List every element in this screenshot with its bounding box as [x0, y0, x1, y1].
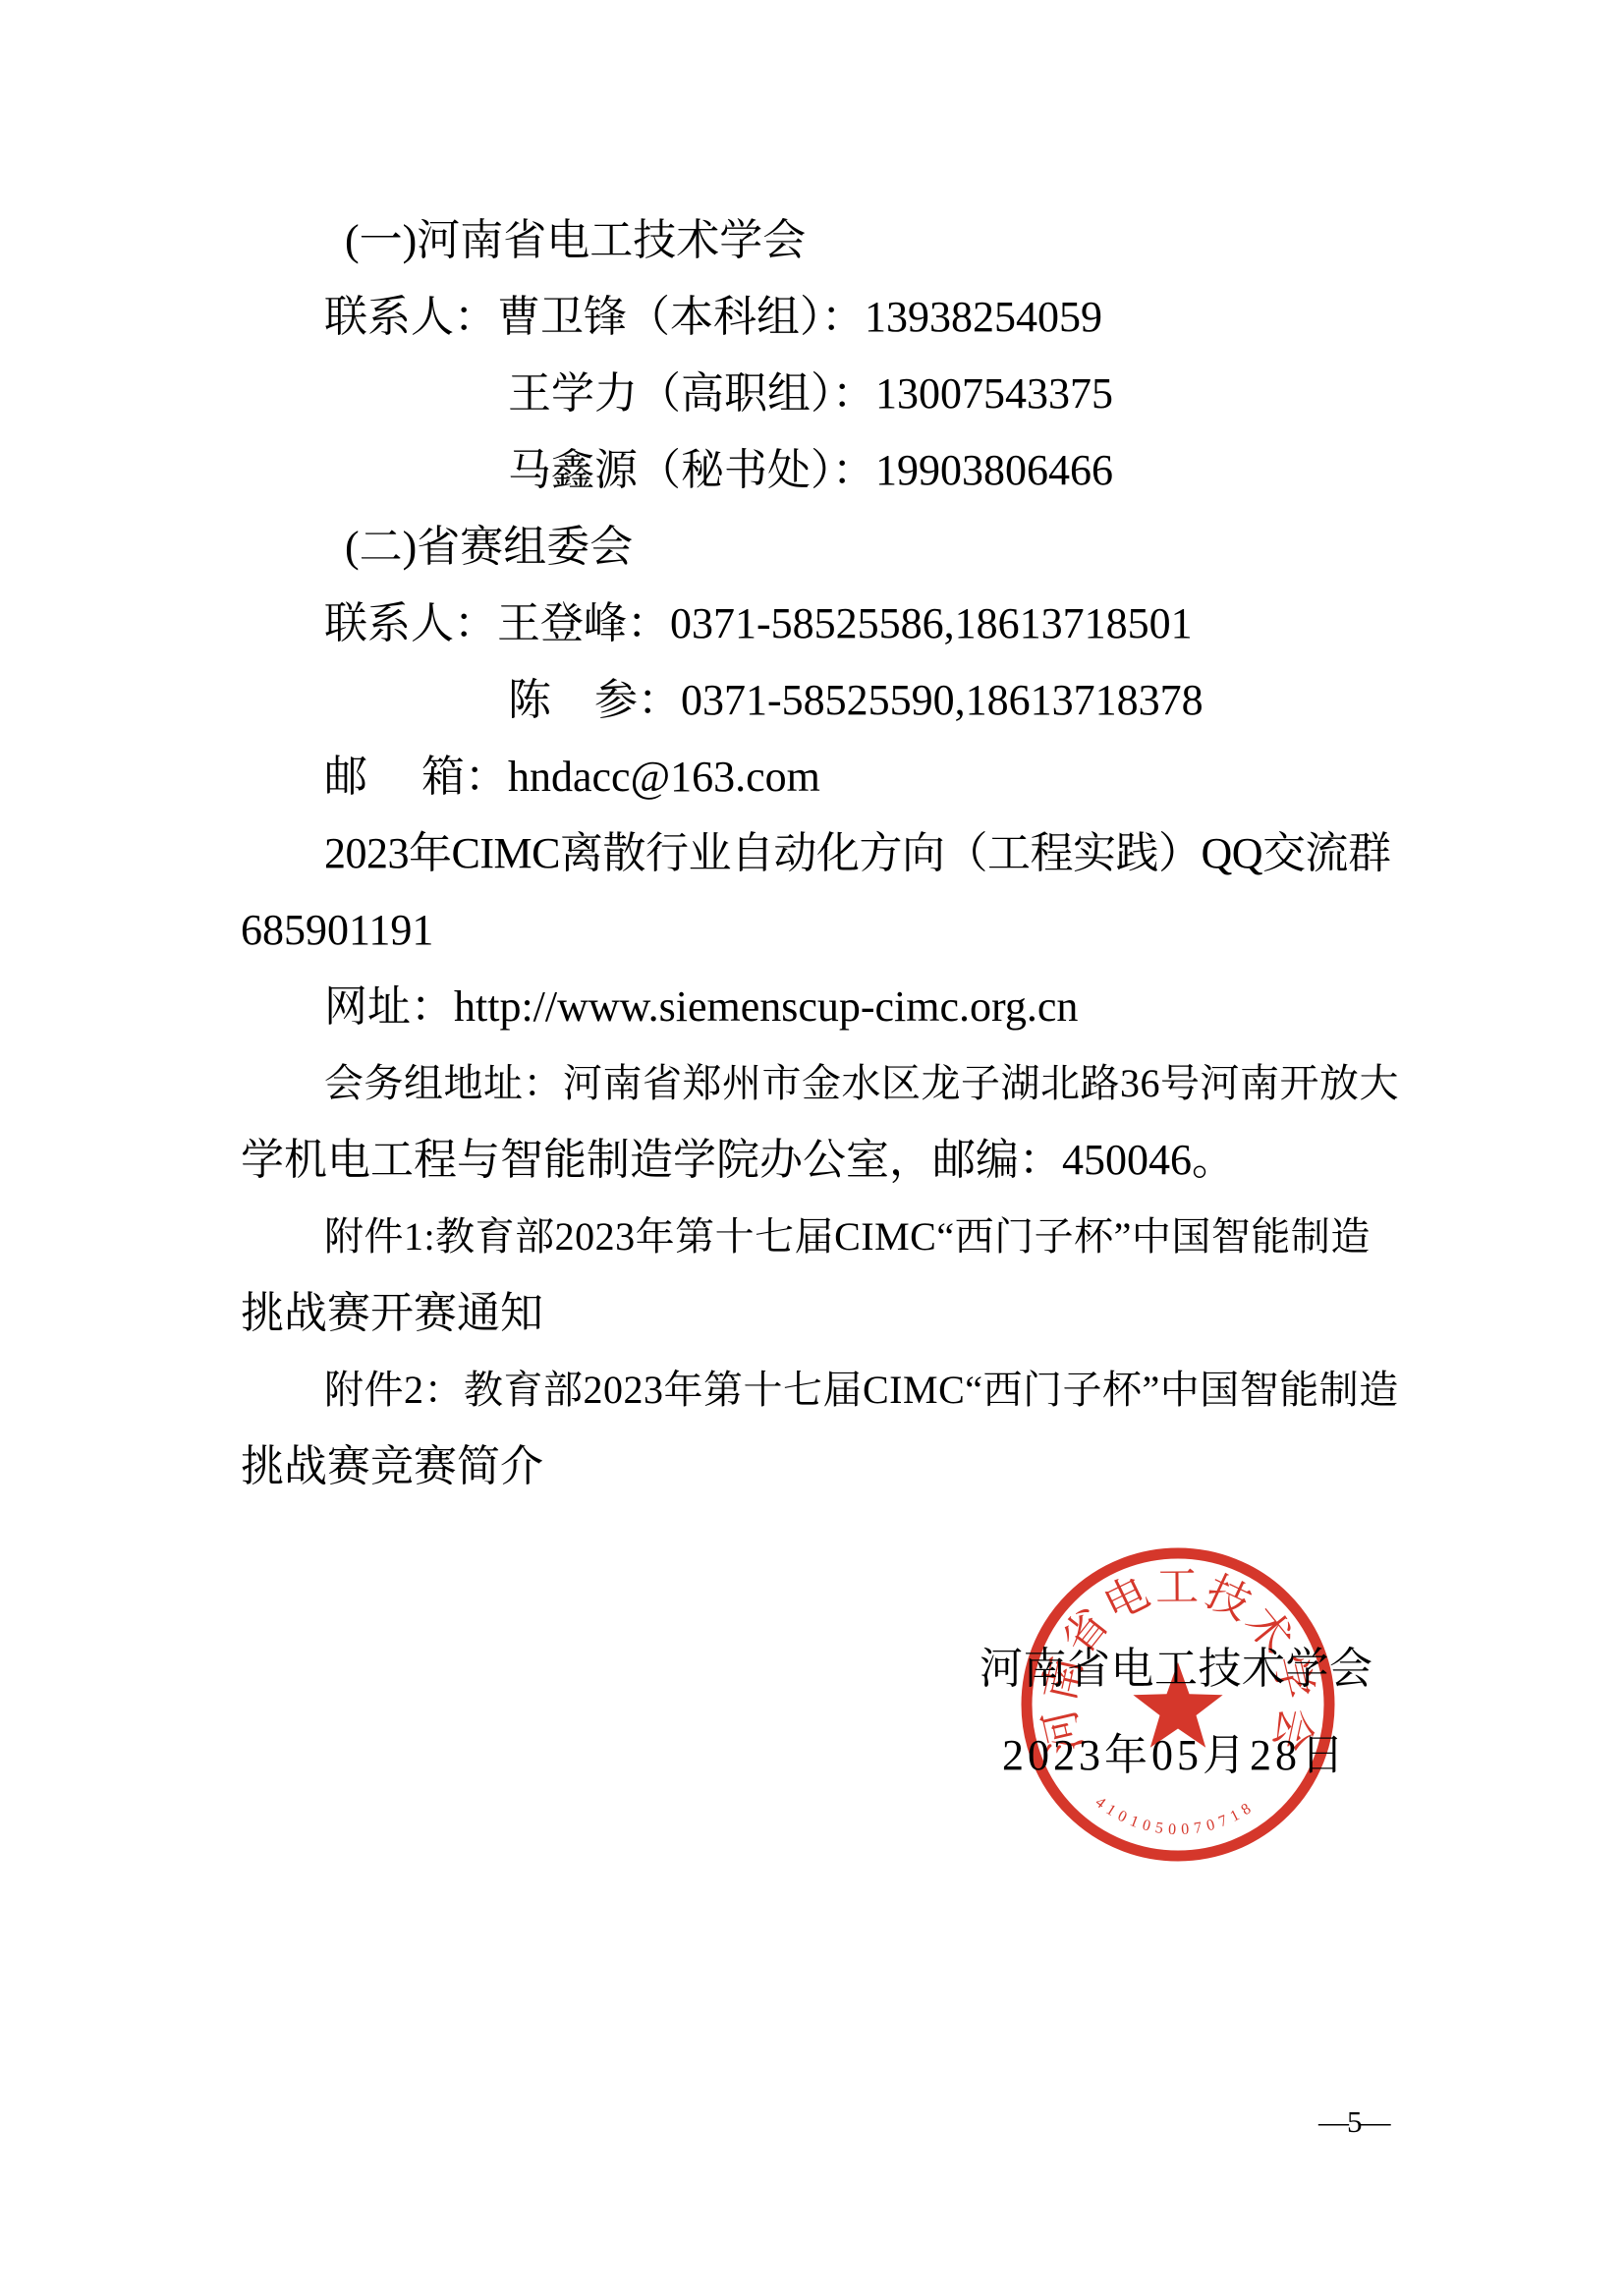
- signature-date: 2023年05月28日: [1002, 1719, 1348, 1782]
- address-line-1: 会务组地址：河南省郑州市金水区龙子湖北路36号河南开放大: [241, 1045, 1400, 1122]
- qq-group-line: 2023年CIMC离散行业自动化方向（工程实践）QQ交流群: [241, 815, 1400, 892]
- official-seal: 河南省电工技术学会 4101050070718: [1011, 1538, 1345, 1872]
- seal-code-wrap: 4101050070718: [1092, 1794, 1255, 1838]
- address-line-2: 学机电工程与智能制造学院办公室，邮编：450046。: [241, 1122, 1400, 1199]
- attachment-1-line-1: 附件1:教育部2023年第十七届CIMC“西门子杯”中国智能制造: [241, 1199, 1400, 1275]
- seal-code: 4101050070718: [1092, 1794, 1255, 1838]
- attachment-2-line-1: 附件2：教育部2023年第十七届CIMC“西门子杯”中国智能制造: [241, 1352, 1400, 1428]
- attachment-2-line-2: 挑战赛竞赛简介: [241, 1428, 1400, 1505]
- document-page: (一)河南省电工技术学会 联系人：曹卫锋（本科组）：13938254059 王学…: [0, 0, 1624, 2296]
- document-body: (一)河南省电工技术学会 联系人：曹卫锋（本科组）：13938254059 王学…: [241, 202, 1400, 1505]
- contact-line-chencan: 陈 参：0371-58525590,18613718378: [241, 662, 1400, 739]
- section-2-heading: (二)省赛组委会: [241, 509, 1400, 586]
- page-number: —5—: [1318, 2104, 1389, 2140]
- contact-line-caoweifeng: 联系人：曹卫锋（本科组）：13938254059: [241, 279, 1400, 356]
- website-line: 网址：http://www.siemenscup-cimc.org.cn: [241, 969, 1400, 1045]
- qq-group-number: 685901191: [241, 892, 1400, 969]
- email-line: 邮 箱：hndacc@163.com: [241, 739, 1400, 815]
- contact-line-wangxueli: 王学力（高职组）：13007543375: [241, 356, 1400, 432]
- signature-organization: 河南省电工技术学会: [980, 1633, 1373, 1696]
- contact-line-maxinyuan: 马鑫源（秘书处）：19903806466: [241, 432, 1400, 509]
- contact-line-wangdengfeng: 联系人：王登峰：0371-58525586,18613718501: [241, 586, 1400, 662]
- attachment-1-line-2: 挑战赛开赛通知: [241, 1275, 1400, 1352]
- section-1-heading: (一)河南省电工技术学会: [241, 202, 1400, 279]
